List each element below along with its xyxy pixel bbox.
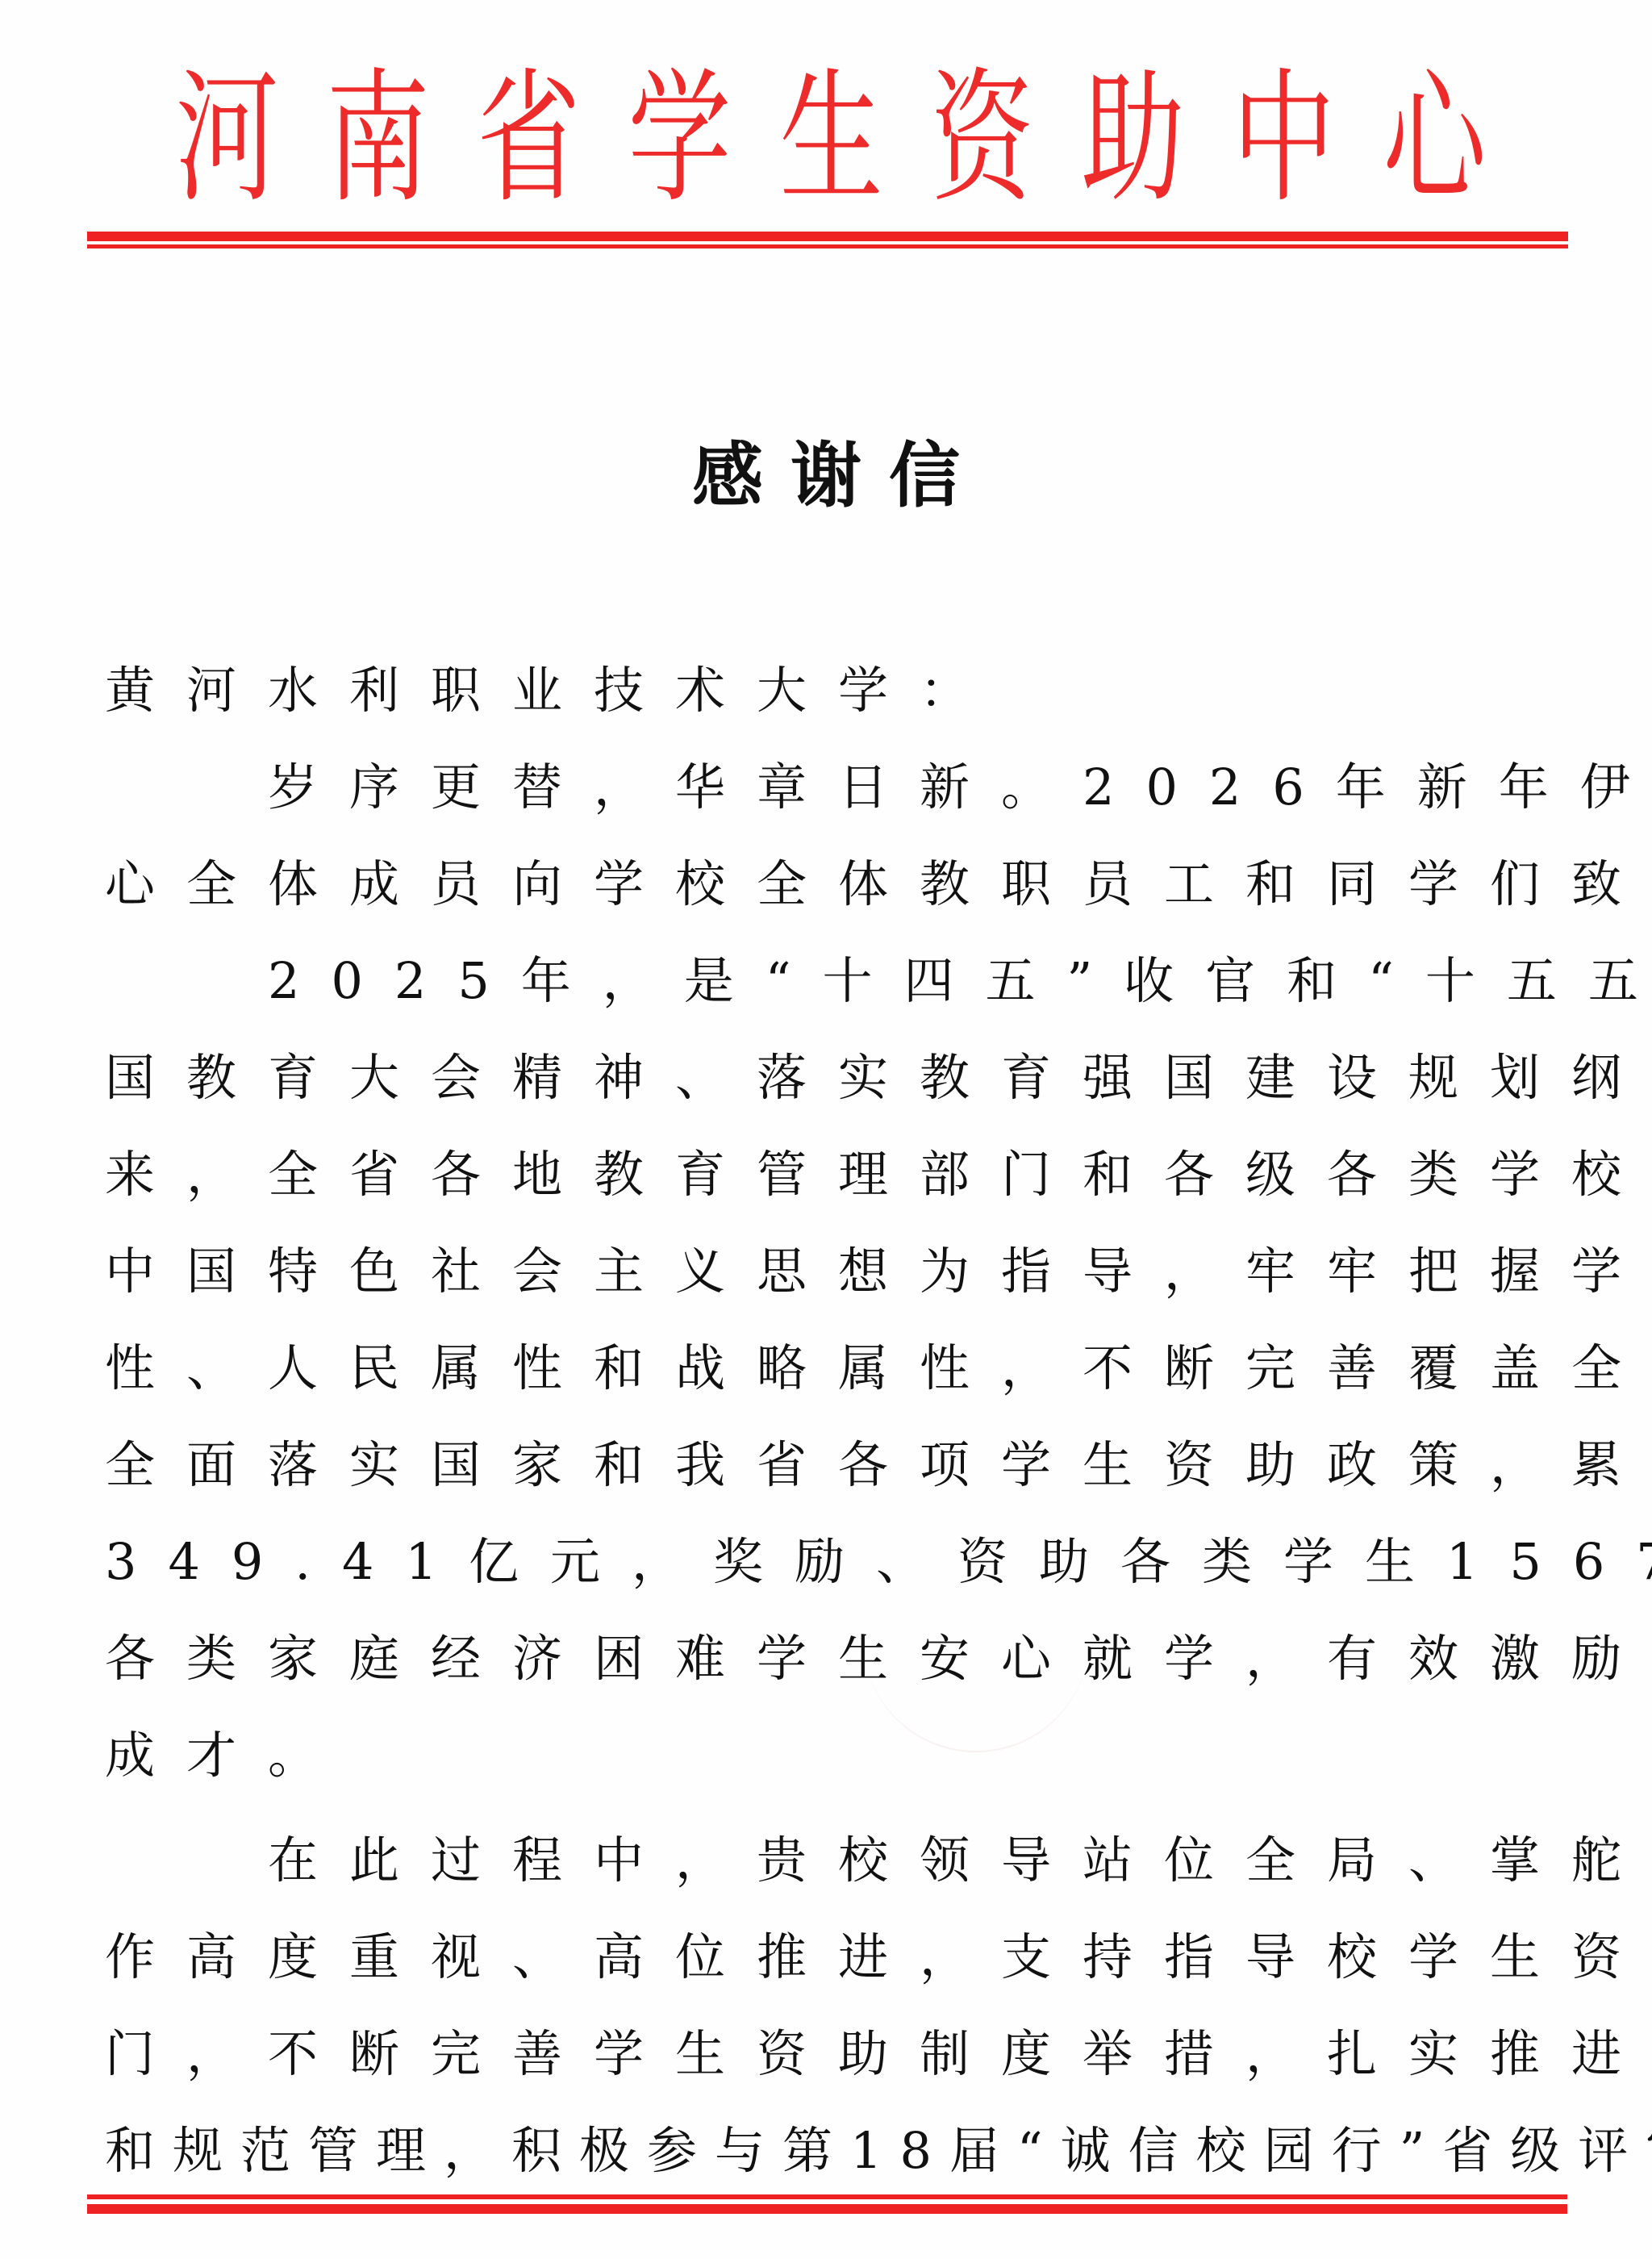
paragraph-1-line: 心全体成员向学校全体教职员工和同学们致以美好的祝福！ <box>105 836 1581 933</box>
letterhead-char: 心 <box>1382 50 1488 228</box>
letterhead-char: 河 <box>174 50 281 228</box>
paragraph-2-line: 成才。 <box>105 1707 1581 1804</box>
paragraph-2-line: 性、人民属性和战略属性，不断完善覆盖全学段学生资助体系， <box>105 1320 1581 1417</box>
paragraph-3-line: 和规范管理，积极参与第18届“诚信校园行”省级评审、2024-2025 <box>105 2102 1581 2199</box>
paragraph-2-line: 349.41亿元，奖励、资助各类学生1567.78万人次，有力保障了 <box>105 1514 1581 1610</box>
paragraph-1-line: 岁序更替，华章日新。2026年新年伊始，河南省学生资助中 <box>105 739 1581 836</box>
paragraph-2-line: 国教育大会精神、落实教育强国建设规划纲要的关键之年。一年 <box>105 1029 1581 1126</box>
footer-rule-thick <box>87 2204 1567 2214</box>
salutation: 黄河水利职业技术大学： <box>105 642 1581 739</box>
footer-rule-thin <box>87 2194 1567 2199</box>
header-rule-thick <box>87 232 1568 241</box>
letterhead-char: 生 <box>778 50 884 228</box>
document-title: 感谢信 <box>0 420 1652 521</box>
paragraph-2-line: 全面落实国家和我省各项学生资助政策，累计投入学生资助资金 <box>105 1417 1581 1514</box>
paragraph-3-line: 在此过程中，贵校领导站位全局、掌舵定航，对学生资助工 <box>105 1812 1581 1909</box>
paragraph-2-line: 来，全省各地教育管理部门和各级各类学校坚持以习近平新时代 <box>105 1126 1581 1223</box>
letterhead-char: 中 <box>1230 50 1337 228</box>
letter-page: 河 南 省 学 生 资 助 中 心 感谢信 黄河水利职业技术大学： 岁序更替，华… <box>0 0 1652 2259</box>
letterhead-char: 省 <box>476 50 582 228</box>
letterhead-char: 南 <box>325 50 432 228</box>
letterhead-char: 资 <box>928 50 1035 228</box>
paragraph-3-line: 作高度重视、高位推进，支持指导校学生资助管理中心等相关部 <box>105 1909 1581 2006</box>
paragraph-3-line: 门，不断完善学生资助制度举措，扎实推进精准资助、资助育人 <box>105 2006 1581 2102</box>
letter-body: 黄河水利职业技术大学： 岁序更替，华章日新。2026年新年伊始，河南省学生资助中… <box>105 642 1581 2199</box>
paragraph-2-line: 各类家庭经济困难学生安心就学，有效激励了广大受助学子成长 <box>105 1610 1581 1707</box>
letterhead-char: 学 <box>627 50 733 228</box>
letterhead-char: 助 <box>1079 50 1186 228</box>
letterhead-title: 河 南 省 学 生 资 助 中 心 <box>153 50 1508 228</box>
header-rule-thin <box>87 244 1568 248</box>
paragraph-2-line: 2025年，是“十四五”收官和“十五五”谋划之年，也是贯彻全 <box>105 933 1581 1029</box>
paragraph-2-line: 中国特色社会主义思想为指导，牢牢把握学生资助工作的政治属 <box>105 1223 1581 1320</box>
